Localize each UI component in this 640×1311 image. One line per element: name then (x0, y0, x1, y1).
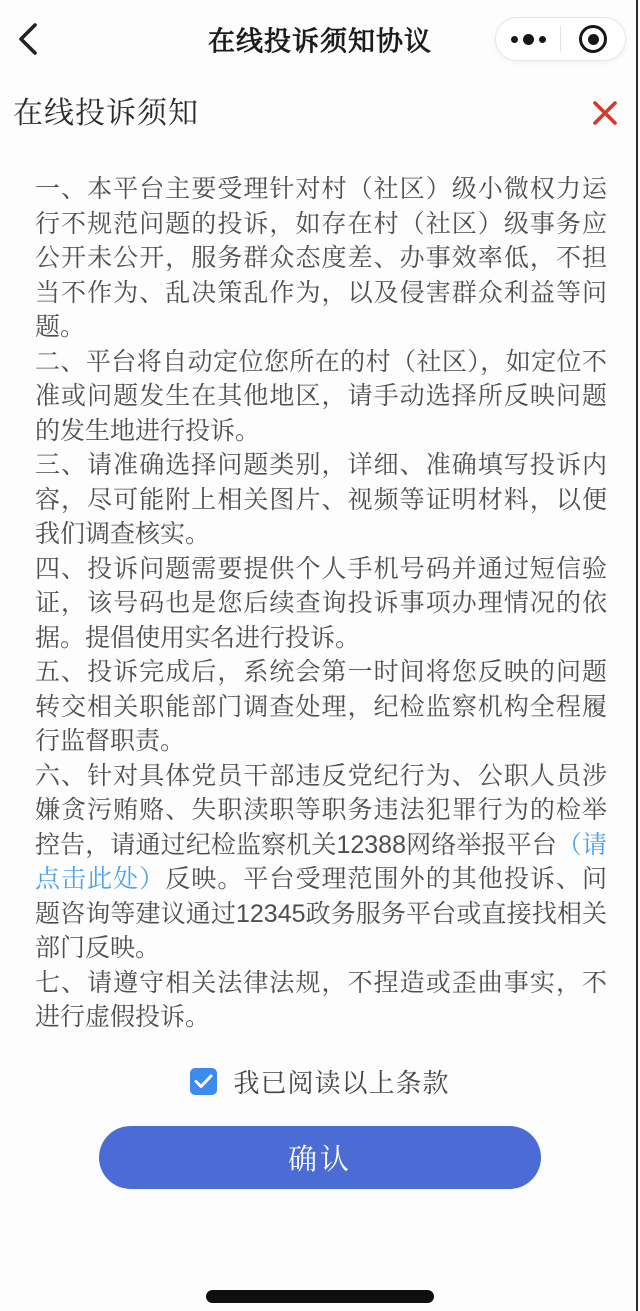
nav-bar: 在线投诉须知协议 (0, 0, 640, 78)
close-button[interactable] (588, 96, 622, 130)
agreement-label: 我已阅读以上条款 (233, 1063, 449, 1100)
three-dots-icon (511, 34, 546, 45)
screen-edge-line (636, 0, 638, 1311)
notice-item: 七、请遵守相关法律法规，不捏造或歪曲事实，不进行虚假投诉。 (35, 966, 607, 1035)
back-button[interactable] (16, 19, 50, 59)
notice-item: 一、本平台主要受理针对村（社区）级小微权力运行不规范问题的投诉，如存在村（社区）… (35, 172, 607, 345)
chevron-left-icon (16, 22, 40, 56)
notice-item: 二、平台将自动定位您所在的村（社区），如定位不准或问题发生在其他地区，请手动选择… (35, 345, 607, 449)
confirm-button[interactable]: 确认 (99, 1126, 541, 1189)
exit-miniprogram-button[interactable] (561, 18, 625, 60)
more-menu-button[interactable] (496, 18, 560, 60)
notice-item: 五、投诉完成后，系统会第一时间将您反映的问题转交相关职能部门调查处理，纪检监察机… (35, 655, 607, 759)
notice-item: 三、请准确选择问题类别，详细、准确填写投诉内容，尽可能附上相关图片、视频等证明材… (35, 448, 607, 552)
checkmark-icon (194, 1074, 213, 1089)
panel-heading: 在线投诉须知 (13, 94, 199, 134)
target-circle-icon (579, 25, 607, 53)
notice-item: 六、针对具体党员干部违反党纪行为、公职人员涉嫌贪污贿赂、失职渎职等职务违法犯罪行… (35, 759, 607, 966)
agreement-checkbox[interactable] (190, 1068, 217, 1095)
wechat-capsule (495, 17, 626, 61)
mini-program-screen: 在线投诉须知协议 在线投诉须知 一、本平台主要受理针对村（社区 (0, 0, 640, 1311)
notice-item: 四、投诉问题需要提供个人手机号码并通过短信验证，该号码也是您后续查询投诉事项办理… (35, 552, 607, 656)
notice-text: 一、本平台主要受理针对村（社区）级小微权力运行不规范问题的投诉，如存在村（社区）… (0, 134, 640, 1035)
panel-header: 在线投诉须知 (0, 78, 640, 134)
agreement-row: 我已阅读以上条款 (0, 1063, 640, 1100)
close-x-icon (590, 98, 620, 128)
home-indicator[interactable] (206, 1290, 434, 1303)
page-title: 在线投诉须知协议 (208, 20, 432, 59)
link-click-here[interactable]: （请点击此处） (35, 831, 607, 894)
